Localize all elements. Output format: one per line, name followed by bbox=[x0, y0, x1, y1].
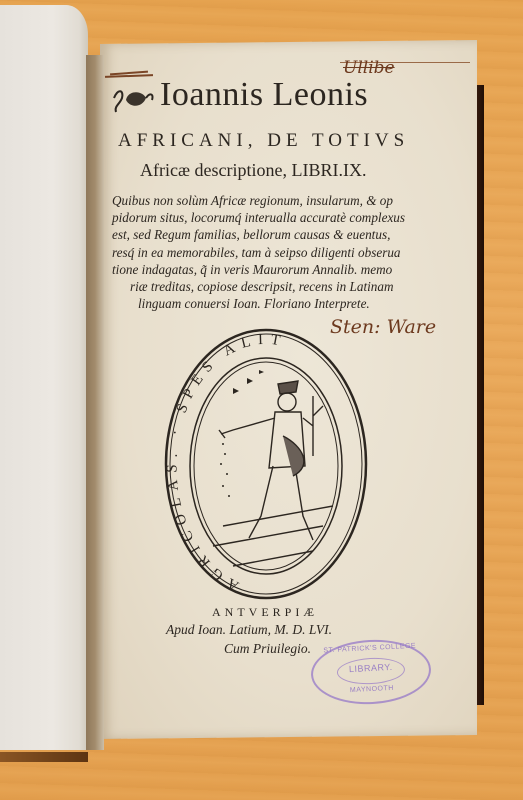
description-line: est, sed Regum familias, bellorum causas… bbox=[112, 226, 442, 243]
title-line-3: Africæ descriptione, LIBRI.IX. bbox=[140, 160, 366, 181]
cover-edge bbox=[0, 752, 88, 762]
top-inscription: Ullibe bbox=[343, 58, 395, 78]
stamp-bottom-text: MAYNOOTH bbox=[324, 683, 420, 695]
description-line: pidorum situs, locorumq́ interualla accu… bbox=[112, 209, 442, 226]
description-line: riæ treditas, copiose descripsit, recens… bbox=[112, 278, 442, 295]
imprint-privilege: Cum Priuilegio. bbox=[224, 641, 311, 657]
imprint-place: ANTVERPIÆ bbox=[212, 605, 318, 620]
imprint-publisher: Apud Ioan. Latium, M. D. LVI. bbox=[166, 622, 332, 638]
printer-device-sower-icon: AGRICOLAS. · SPES ALIT bbox=[163, 326, 369, 602]
description-line: Quibus non solùm Africæ regionum, insula… bbox=[112, 192, 442, 209]
description-line: resq́ in ea memorabiles, tam à seipso di… bbox=[112, 244, 442, 261]
gutter-shadow bbox=[86, 55, 104, 750]
description-line: tione indagatas, q̃ in veris Maurorum An… bbox=[112, 261, 442, 278]
title-line-2: AFRICANI, DE TOTIVS bbox=[118, 130, 409, 152]
fleuron-ornament-icon bbox=[112, 84, 156, 121]
left-flyleaf bbox=[0, 5, 88, 750]
title-line-1: Ioannis Leonis bbox=[160, 76, 368, 114]
description-line: linguam conuersi Ioan. Floriano Interpre… bbox=[112, 295, 442, 312]
title-description: Quibus non solùm Africæ regionum, insula… bbox=[112, 192, 442, 312]
